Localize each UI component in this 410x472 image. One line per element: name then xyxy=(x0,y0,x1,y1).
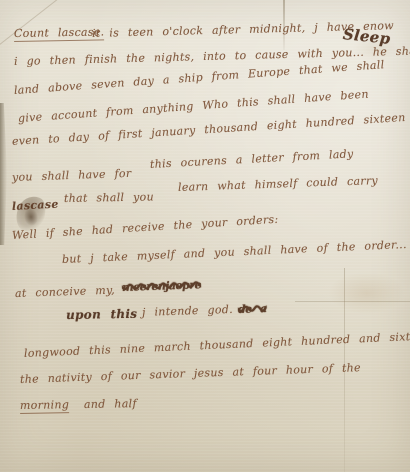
dateline: longwood this nine march thousand eight … xyxy=(24,328,410,360)
letter-line-6-left: you shall have for xyxy=(12,167,132,184)
letter-line-9: but j take myself and you shall have of … xyxy=(62,238,407,266)
fold-crease-right xyxy=(295,301,410,302)
letter-line-11: j intende god. xyxy=(142,303,233,319)
letter-line-7-right: learn what himself could carry xyxy=(178,174,378,194)
letter-line-7-mid: that shall you xyxy=(64,190,154,205)
letter-line-8: Well if she had receive the your orders: xyxy=(12,213,279,242)
letter-line-10: at conceive my, xyxy=(15,284,115,300)
letter-line-14-underlined: morning xyxy=(20,398,69,414)
crossed-out-word-2: de a xyxy=(238,302,267,316)
letter-line-14: and half xyxy=(84,397,137,411)
paper-stain xyxy=(328,272,406,314)
paper-edge-shadow xyxy=(0,103,7,245)
letter-line-7-left: lascase xyxy=(12,198,59,213)
letter-page: Count lascase. it is teen o'clock after … xyxy=(0,0,410,472)
crossed-out-word: meerenjaepre xyxy=(122,278,201,294)
letter-line-11-bold: upon this xyxy=(66,307,138,322)
letter-line-13: the nativity of our savior jesus at four… xyxy=(20,361,361,386)
letter-line-6-right: this ocurens a letter from lady xyxy=(150,147,354,171)
